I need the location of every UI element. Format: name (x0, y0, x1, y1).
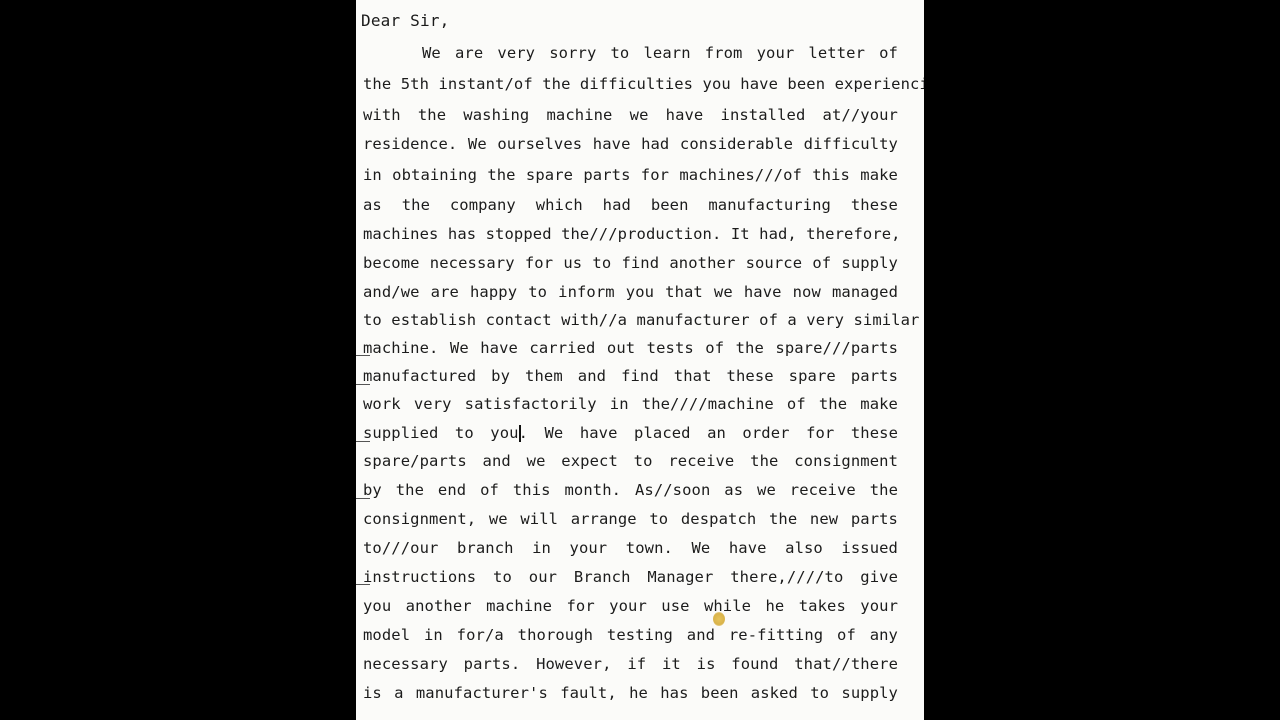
scanned-letter-page: Dear Sir, We are very sorry to learn fro… (356, 0, 924, 720)
letter-line: instructions to our Branch Manager there… (363, 568, 898, 586)
letter-line: supplied to you. We have placed an order… (363, 424, 898, 442)
letter-line: necessary parts. However, if it is found… (363, 655, 898, 673)
letter-line: spare/parts and we expect to receive the… (363, 452, 898, 470)
letter-line: as the company which had been manufactur… (363, 196, 898, 214)
letter-line: is a manufacturer's fault, he has been a… (363, 684, 898, 702)
letter-line: you another machine for your use while h… (363, 597, 898, 615)
letter-line: residence. We ourselves have had conside… (363, 135, 898, 153)
margin-mark (356, 584, 370, 585)
salutation: Dear Sir, (361, 11, 450, 30)
letter-line: by the end of this month. As//soon as we… (363, 481, 898, 499)
letter-line: to establish contact with//a manufacture… (363, 311, 898, 329)
letter-line: machine. We have carried out tests of th… (363, 339, 898, 357)
letter-line: become necessary for us to find another … (363, 254, 898, 272)
letter-line: the 5th instant/of the difficulties you … (363, 75, 898, 93)
letter-line: in obtaining the spare parts for machine… (363, 166, 898, 184)
margin-mark (356, 355, 370, 356)
text-cursor (519, 425, 521, 442)
letter-line: work very satisfactorily in the////machi… (363, 395, 898, 413)
margin-mark (356, 498, 370, 499)
letter-line: with the washing machine we have install… (363, 106, 898, 124)
letter-line: We are very sorry to learn from your let… (422, 44, 898, 62)
margin-mark (356, 441, 370, 442)
letter-line: manufactured by them and find that these… (363, 367, 898, 385)
letter-line: consignment, we will arrange to despatch… (363, 510, 898, 528)
letter-line: machines has stopped the///production. I… (363, 225, 898, 243)
margin-mark (356, 384, 370, 385)
letter-line: to///our branch in your town. We have al… (363, 539, 898, 557)
letter-line: and/we are happy to inform you that we h… (363, 283, 898, 301)
paper-stain (713, 612, 725, 626)
letter-line: model in for/a thorough testing and re-f… (363, 626, 898, 644)
